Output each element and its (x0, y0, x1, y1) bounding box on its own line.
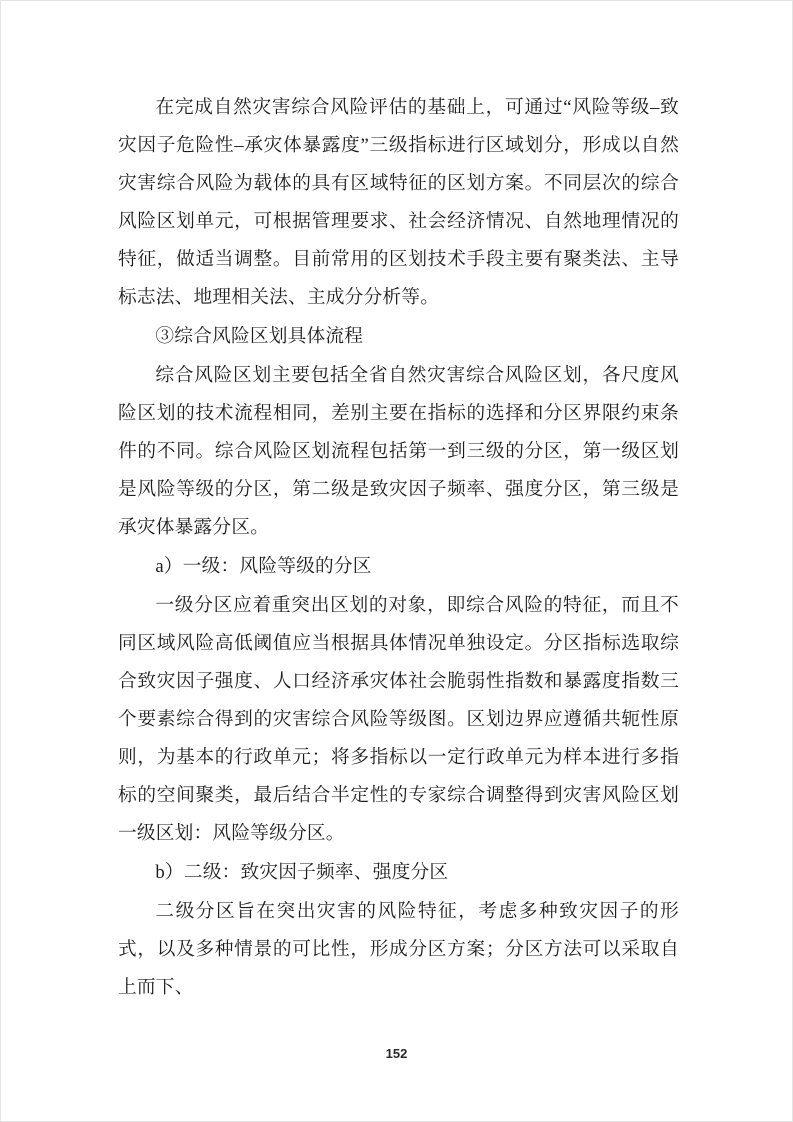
document-body: 在完成自然灾害综合风险评估的基础上，可通过“风险等级–致灾因子危险性–承灾体暴露… (118, 89, 679, 1007)
section-heading: b）二级：致灾因子频率、强度分区 (118, 854, 679, 892)
body-paragraph: 二级分区旨在突出灾害的风险特征，考虑多种致灾因子的形式，以及多种情景的可比性，形… (118, 893, 679, 1007)
body-paragraph: 综合风险区划主要包括全省自然灾害综合风险区划，各尺度风险区划的技术流程相同，差别… (118, 357, 679, 547)
document-page: 在完成自然灾害综合风险评估的基础上，可通过“风险等级–致灾因子危险性–承灾体暴露… (0, 0, 793, 1122)
section-heading: a）一级：风险等级的分区 (118, 548, 679, 586)
body-paragraph: 一级分区应着重突出区划的对象，即综合风险的特征，而且不同区域风险高低阈值应当根据… (118, 587, 679, 853)
body-paragraph: 在完成自然灾害综合风险评估的基础上，可通过“风险等级–致灾因子危险性–承灾体暴露… (118, 89, 679, 317)
page-number: 152 (1, 1046, 792, 1061)
section-heading: ③综合风险区划具体流程 (118, 318, 679, 356)
